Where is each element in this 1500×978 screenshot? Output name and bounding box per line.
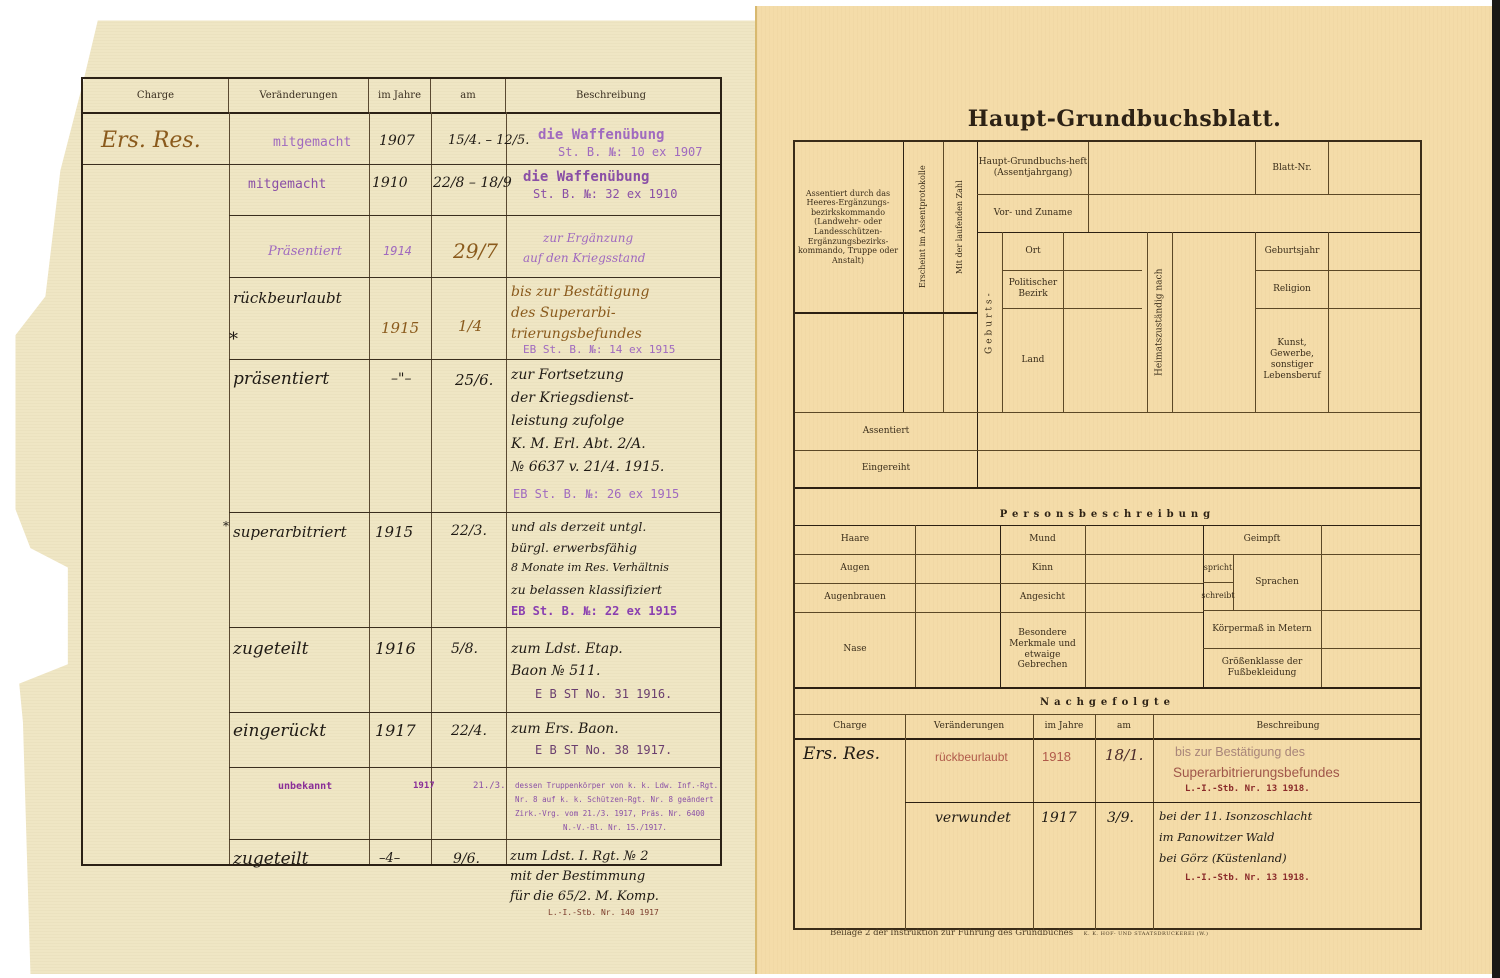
change-value: eingerückt bbox=[233, 721, 326, 742]
change-value: präsentiert bbox=[233, 369, 329, 390]
desc-line: des Superarbi- bbox=[511, 305, 616, 323]
desc-line: K. M. Erl. Abt. 2/A. bbox=[511, 436, 646, 454]
date-value: 29/7 bbox=[453, 239, 498, 264]
desc-line: Zirk.-Vrg. vom 21./3. 1917, Präs. Nr. 64… bbox=[515, 809, 705, 818]
divider bbox=[1328, 142, 1329, 194]
header-changes: Veränderungen bbox=[905, 714, 1033, 738]
date-value: 22/8 – 18/9 bbox=[433, 175, 512, 193]
left-record-table: Charge Veränderungen im Jahre am Beschre… bbox=[81, 77, 722, 866]
label-heimatszustaendig: Heimatszuständig nach bbox=[1148, 237, 1172, 407]
label-eingereiht: Eingereiht bbox=[795, 450, 977, 487]
label-kinn: Kinn bbox=[1000, 554, 1085, 583]
marker: * bbox=[223, 519, 229, 534]
divider bbox=[795, 312, 977, 314]
label-besondere-merkmale: Besondere Merkmale und etwaige Gebrechen bbox=[1000, 612, 1085, 687]
year-value: 1915 bbox=[381, 319, 419, 338]
label-groessenklasse: Größenklasse der Fußbekleidung bbox=[1203, 648, 1321, 687]
row-divider bbox=[229, 767, 720, 768]
registry-stamp: E B ST No. 38 1917. bbox=[535, 743, 672, 758]
section-nachgefolgte: Nachgefolgte bbox=[795, 697, 1420, 708]
desc-line: zur Ergänzung bbox=[543, 231, 633, 246]
desc-line: trierungsbefundes bbox=[511, 326, 642, 344]
header-charge: Charge bbox=[795, 714, 905, 738]
year-value: 1918 bbox=[1042, 749, 1071, 765]
header-date: am bbox=[431, 79, 506, 112]
main-record-form: Assentiert durch das Heeres-Ergänzungs-b… bbox=[793, 140, 1422, 930]
divider bbox=[903, 142, 904, 312]
change-value: rückbeurlaubt bbox=[233, 289, 342, 308]
registry-stamp: EB St. B. №: 22 ex 1915 bbox=[511, 604, 677, 619]
charge-value: Ers. Res. bbox=[803, 744, 880, 765]
date-value: 21./3. bbox=[473, 781, 506, 792]
divider bbox=[903, 312, 904, 412]
column-divider bbox=[506, 112, 507, 864]
desc-line: im Panowitzer Wald bbox=[1159, 830, 1275, 844]
change-stamp: mitgemacht bbox=[273, 135, 351, 151]
label-angesicht: Angesicht bbox=[1000, 583, 1085, 612]
desc-line: bis zur Bestätigung bbox=[511, 284, 649, 302]
change-value: verwundet bbox=[935, 810, 1011, 828]
desc-line: dessen Truppenkörper von k. k. Ldw. Inf.… bbox=[515, 781, 718, 790]
divider bbox=[943, 142, 944, 412]
desc-line: bei der 11. Isonzoschlacht bbox=[1159, 809, 1312, 823]
column-divider bbox=[369, 112, 370, 864]
desc-line: mit der Bestimmung bbox=[510, 869, 645, 885]
desc-stamp: die Waffenübung bbox=[523, 169, 649, 187]
row-divider bbox=[229, 627, 720, 628]
date-value: 22/3. bbox=[451, 523, 487, 541]
label-haare: Haare bbox=[795, 525, 915, 554]
change-value: zugeteilt bbox=[233, 639, 308, 660]
page-title: Haupt-Grundbuchsblatt. bbox=[757, 106, 1492, 132]
divider bbox=[1153, 714, 1154, 930]
divider bbox=[795, 487, 1420, 489]
marker: * bbox=[229, 329, 238, 352]
label-augenbrauen: Augenbrauen bbox=[795, 583, 915, 612]
scan-edge bbox=[1492, 0, 1500, 978]
registry-stamp: EB St. B. №: 14 ex 1915 bbox=[523, 343, 675, 357]
label-land: Land bbox=[1003, 308, 1063, 412]
divider bbox=[1063, 232, 1064, 412]
label-religion: Religion bbox=[1256, 270, 1328, 308]
registry-stamp: L.-I.-Stb. Nr. 13 1918. bbox=[1185, 873, 1310, 884]
date-value: 5/8. bbox=[451, 641, 478, 659]
footer-text: Beilage 2 der Instruktion zur Führung de… bbox=[830, 928, 1073, 938]
label-mit-der-laufenden: Mit der laufenden Zahl bbox=[945, 152, 975, 302]
left-table-header: Charge Veränderungen im Jahre am Beschre… bbox=[83, 79, 720, 114]
header-year: im Jahre bbox=[369, 79, 431, 112]
date-value: 25/6. bbox=[455, 371, 493, 390]
year-value: 1914 bbox=[383, 244, 412, 259]
desc-line: und als derzeit untgl. bbox=[511, 519, 646, 535]
divider bbox=[1085, 525, 1086, 687]
printer-mark: K. K. HOF- UND STAATSDRUCKEREI (W.) bbox=[1084, 931, 1209, 937]
desc-line: leistung zufolge bbox=[511, 413, 624, 431]
row-divider bbox=[229, 712, 720, 713]
column-divider bbox=[431, 112, 432, 864]
label-assentiert-durch: Assentiert durch das Heeres-Ergänzungs-b… bbox=[795, 167, 901, 287]
label-vor-und-zuname: Vor- und Zuname bbox=[978, 194, 1088, 232]
date-value: 22/4. bbox=[451, 723, 487, 741]
label-geimpft: Geimpft bbox=[1203, 525, 1321, 554]
desc-line: N.-V.-Bl. Nr. 15./1917. bbox=[563, 823, 667, 832]
registry-stamp: E B ST No. 31 1916. bbox=[535, 687, 672, 702]
label-nase: Nase bbox=[795, 612, 915, 687]
header-changes: Veränderungen bbox=[229, 79, 369, 112]
label-augen: Augen bbox=[795, 554, 915, 583]
divider bbox=[905, 802, 1420, 803]
desc-stamp: die Waffenübung bbox=[538, 127, 664, 145]
desc-line: 8 Monate im Res. Verhältnis bbox=[511, 561, 669, 575]
charge-value: Ers. Res. bbox=[101, 127, 201, 155]
desc-line: Superarbitrierungsbefundes bbox=[1173, 765, 1340, 782]
year-value: –"– bbox=[391, 371, 411, 389]
label-sprachen: Sprachen bbox=[1233, 554, 1321, 610]
header-description: Beschreibung bbox=[506, 79, 716, 112]
desc-line: zur Fortsetzung bbox=[511, 367, 624, 385]
date-value: 9/6. bbox=[453, 851, 480, 869]
column-divider bbox=[229, 112, 230, 864]
desc-line: auf den Kriegsstand bbox=[523, 251, 646, 266]
label-politischer-bezirk: Politischer Bezirk bbox=[1003, 270, 1063, 308]
desc-line: № 6637 v. 21/4. 1915. bbox=[511, 459, 664, 477]
header-charge: Charge bbox=[83, 79, 229, 112]
form-footer: Beilage 2 der Instruktion zur Führung de… bbox=[830, 928, 1208, 938]
header-year: im Jahre bbox=[1033, 714, 1095, 738]
divider bbox=[905, 714, 906, 930]
divider bbox=[1095, 714, 1096, 930]
label-kunst-gewerbe: Kunst, Gewerbe, sonstiger Lebensberuf bbox=[1256, 308, 1328, 412]
divider bbox=[1172, 232, 1173, 412]
row-divider bbox=[229, 359, 720, 360]
date-value: 3/9. bbox=[1107, 810, 1134, 828]
desc-line: für die 65/2. M. Komp. bbox=[510, 889, 659, 905]
change-value: zugeteilt bbox=[233, 849, 308, 870]
year-value: 1910 bbox=[372, 175, 408, 193]
desc-line: zu belassen klassifiziert bbox=[511, 582, 662, 598]
date-value: 1/4 bbox=[458, 317, 482, 336]
label-blatt-nr: Blatt-Nr. bbox=[1256, 142, 1328, 194]
row-divider bbox=[229, 512, 720, 513]
label-assentiert: Assentiert bbox=[795, 412, 977, 450]
divider bbox=[915, 525, 916, 687]
desc-line: Nr. 8 auf k. k. Schützen-Rgt. Nr. 8 geän… bbox=[515, 795, 714, 804]
divider bbox=[1033, 714, 1034, 930]
divider bbox=[1321, 525, 1322, 687]
date-value: 15/4. – 12/5. bbox=[448, 133, 529, 149]
year-value: –4– bbox=[379, 851, 400, 867]
change-stamp: Präsentiert bbox=[268, 244, 342, 260]
label-erscheint-im: Erscheint im Assentprotokolle bbox=[905, 152, 941, 302]
label-schreibt: schreibt bbox=[1203, 582, 1233, 610]
header-date: am bbox=[1095, 714, 1153, 738]
divider bbox=[1328, 232, 1329, 412]
year-value: 1916 bbox=[375, 639, 416, 659]
section-personsbeschreibung: Personsbeschreibung bbox=[795, 509, 1420, 520]
year-value: 1917 bbox=[1041, 810, 1077, 828]
change-value: superarbitriert bbox=[233, 523, 347, 542]
desc-line: bürgl. erwerbsfähig bbox=[511, 540, 637, 556]
registry-stamp: L.-I.-Stb. Nr. 13 1918. bbox=[1185, 784, 1310, 795]
label-haupt-grundbuchsheft: Haupt-Grundbuchs-heft (Assentjahrgang) bbox=[978, 142, 1088, 194]
divider bbox=[1088, 142, 1089, 232]
year-value: 1907 bbox=[379, 133, 415, 151]
desc-line: bei Görz (Küstenland) bbox=[1159, 851, 1287, 865]
desc-line: Baon № 511. bbox=[511, 663, 600, 681]
label-mund: Mund bbox=[1000, 525, 1085, 554]
divider bbox=[795, 687, 1420, 689]
registry-stamp: L.-I.-Stb. Nr. 140 1917 bbox=[548, 908, 659, 918]
divider bbox=[795, 738, 1420, 740]
registry-stamp: St. B. №: 32 ex 1910 bbox=[533, 187, 678, 202]
label-ort: Ort bbox=[1003, 232, 1063, 270]
label-geburts: Geburts- bbox=[978, 232, 1002, 412]
date-value: 18/1. bbox=[1105, 746, 1143, 765]
year-value: 1915 bbox=[375, 523, 413, 542]
desc-line: zum Ldst. Etap. bbox=[511, 641, 623, 659]
registry-stamp: St. B. №: 10 ex 1907 bbox=[558, 145, 703, 160]
label-spricht: spricht bbox=[1203, 554, 1233, 582]
desc-line: zum Ldst. I. Rgt. № 2 bbox=[510, 849, 649, 865]
label-koerpermass: Körpermaß in Metern bbox=[1203, 610, 1321, 648]
year-value: 1917 bbox=[375, 721, 416, 741]
header-description: Beschreibung bbox=[1153, 714, 1423, 738]
registry-stamp: EB St. B. №: 26 ex 1915 bbox=[513, 487, 679, 502]
desc-line: der Kriegsdienst- bbox=[511, 390, 634, 408]
desc-line: bis zur Bestätigung des bbox=[1175, 745, 1305, 761]
row-divider bbox=[229, 839, 720, 840]
label-geburtsjahr: Geburtsjahr bbox=[1256, 232, 1328, 270]
change-stamp: rückbeurlaubt bbox=[935, 750, 1008, 765]
year-value: 1917 bbox=[413, 781, 435, 792]
change-stamp: unbekannt bbox=[278, 781, 332, 794]
desc-line: zum Ers. Baon. bbox=[511, 721, 619, 739]
change-stamp: mitgemacht bbox=[248, 177, 326, 193]
row-divider bbox=[83, 164, 720, 165]
row-divider bbox=[229, 215, 720, 216]
row-divider bbox=[229, 277, 720, 278]
